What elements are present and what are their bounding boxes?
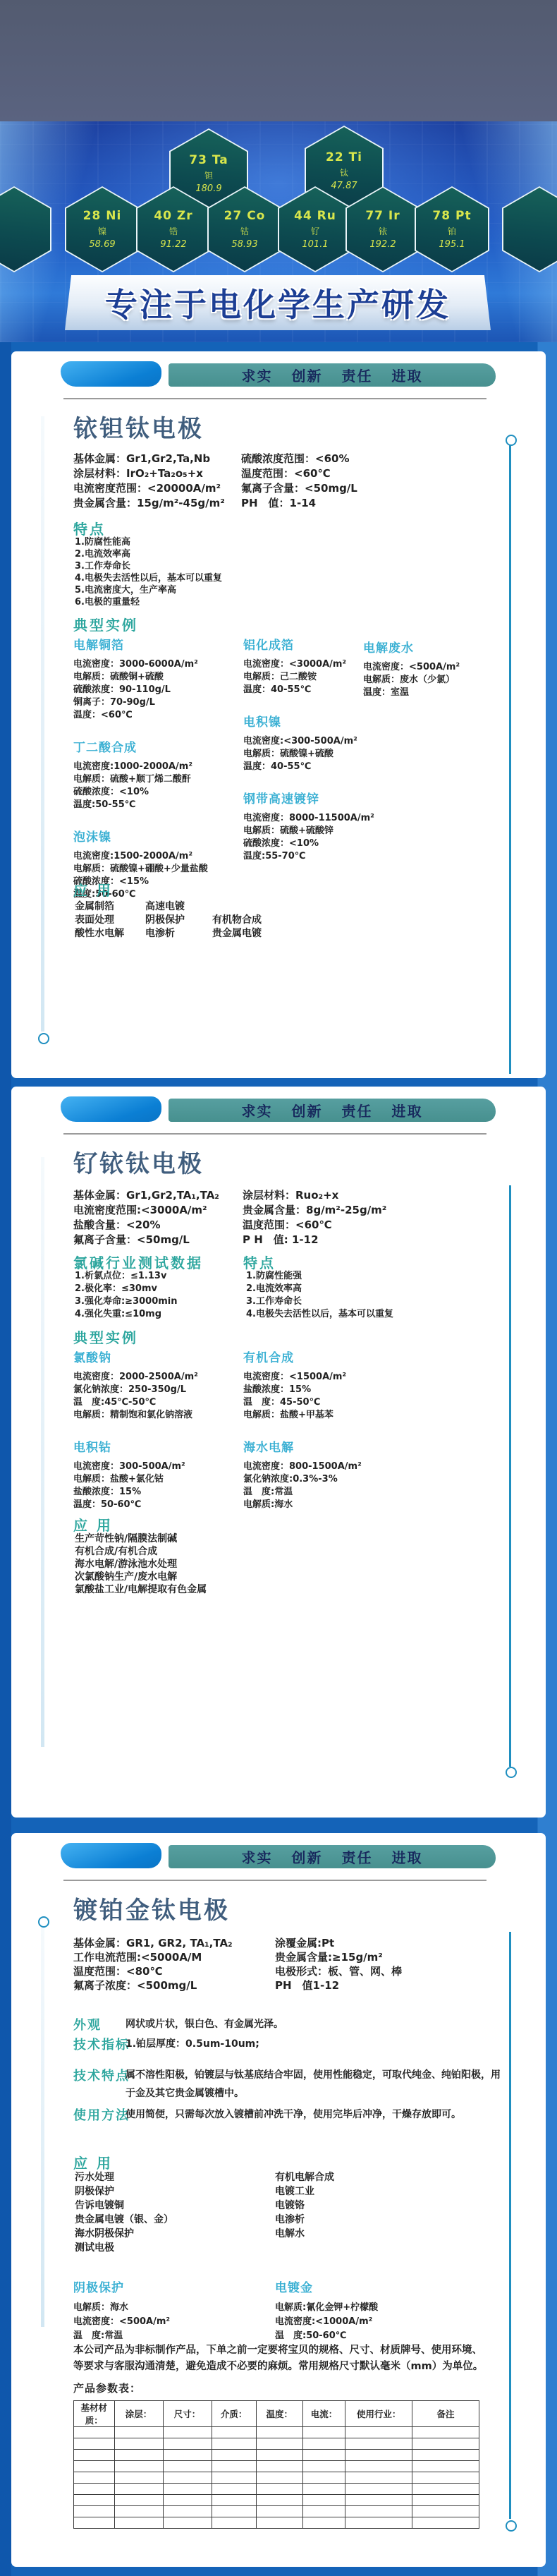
case-block: 电镀金 电解质:氰化金钾+柠檬酸 电流密度:<1000A/m² 温 度:50-6… — [275, 2278, 443, 2343]
case-title: 电解废水 — [363, 638, 504, 655]
application-item: 氯酸盐工业/电解提取有色金属 — [75, 1583, 207, 1596]
spec-line: 涂层材料：IrO₂+Ta₂o₅+x — [73, 466, 225, 481]
application-item: 电镀铬 — [275, 2199, 334, 2213]
spec-line: 氟离子含量：<50mg/L — [73, 1233, 219, 1247]
motto-item: 求实 — [242, 1846, 273, 1867]
element-mass: 180.9 — [195, 183, 221, 194]
feature-item: 2.电流效率高 — [246, 1283, 393, 1295]
timeline-line-right — [509, 1185, 511, 1767]
case-title: 丁二酸合成 — [73, 737, 241, 755]
spec-line: 电流密度范围：<20000A/m² — [73, 481, 225, 496]
element-cn-name: 钴 — [240, 225, 249, 237]
application-item: 海水阴极保护 — [75, 2227, 173, 2241]
spec-line: 温度范围：<60℃ — [241, 466, 357, 481]
features-list: 1.防腐性能强 2.电流效率高 3.工作寿命长 4.电极失去活性以后，基本可以重… — [246, 1270, 393, 1321]
element-mass: 58.93 — [231, 239, 257, 250]
applications-row: 金属制箔 高速电镀 — [75, 899, 371, 912]
spec-line: P H 值: 1-12 — [243, 1233, 386, 1247]
order-note: 本公司产品为非标制作产品，下单之前一定要将宝贝的规格、尺寸、材质牌号、使用环境、… — [73, 2342, 486, 2375]
spec-line: PH 值1-12 — [275, 1978, 402, 1993]
product-card-iridium-tantalum: 求实 创新 责任 进取 铱钽钛电极 基体金属：Gr1,Gr2,Ta,Nb 涂层材… — [11, 351, 546, 1078]
element-cn-name: 钌 — [311, 225, 319, 237]
applications-heading: 应 用 — [73, 2152, 113, 2172]
slogan-text: 专注于电化学生产研发 — [105, 279, 451, 326]
case-line: 电流密度:1000-2000A/m² — [73, 761, 241, 773]
case-line: 电解质：盐酸+甲基苯 — [243, 1409, 427, 1422]
applications-row: 表面处理 阴极保护 有机物合成 — [75, 912, 371, 926]
product-title: 镀铂金钛电极 — [73, 1891, 230, 1925]
application-item: 贵金属电镀（银、金） — [75, 2213, 173, 2227]
spec-line: PH 值：1-14 — [241, 496, 357, 511]
spec-line: 贵金属含量：15g/m²-45g/m² — [73, 496, 225, 511]
case-block: 氯酸钠 电流密度：2000-2500A/m² 氯化钠浓度：250-350g/L … — [73, 1348, 241, 1422]
specs-right: 涂层材料：Ruo₂+x 贵金属含量：8g/m²-25g/m² 温度范围：<60℃… — [243, 1188, 386, 1247]
applications-list: 生产苛性钠/隔膜法制碱 有机合成/有机合成 海水电解/游泳池水处理 次氯酸钠生产… — [75, 1532, 207, 1596]
card-header: 求实 创新 责任 进取 — [61, 361, 512, 387]
motto-item: 创新 — [292, 365, 323, 385]
params-empty-row — [74, 2427, 479, 2438]
spec-line: 工作电流范围:<5000A/M — [73, 1950, 233, 1964]
element-cn-name: 锆 — [169, 225, 178, 237]
case-line: 盐酸浓度：15% — [243, 1384, 427, 1396]
element-symbol: 77 Ir — [365, 209, 400, 223]
case-line: 电解质：废水（少氯） — [363, 674, 504, 687]
case-line: 电流密度：2000-2500A/m² — [73, 1371, 241, 1384]
feature-item: 4.电极失去活性以后，基本可以重复 — [246, 1308, 393, 1321]
motto-item: 进取 — [392, 1100, 423, 1120]
timeline-ring — [506, 435, 517, 446]
element-mass: 91.22 — [160, 239, 186, 250]
element-mass: 47.87 — [331, 181, 357, 191]
params-empty-row — [74, 2461, 479, 2472]
params-header-cell: 使用行业： — [345, 2401, 412, 2427]
case-title: 电积钴 — [73, 1437, 241, 1455]
case-line: 电流密度：8000-11500A/m² — [243, 812, 411, 825]
spec-line: 硫酸浓度范围：<60% — [241, 452, 357, 466]
application-item: 污水处理 — [75, 2170, 173, 2184]
case-line: 电流密度：<500A/m² — [363, 661, 504, 674]
feature-item: 2.电流效率高 — [75, 548, 222, 560]
spec-line: 基体金属：Gr1,Gr2,Ta,Nb — [73, 452, 225, 466]
timeline-line-right — [509, 445, 511, 1074]
specs-left: 基体金属：Gr1,Gr2,Ta,Nb 涂层材料：IrO₂+Ta₂o₅+x 电流密… — [73, 452, 225, 511]
case-title: 阴极保护 — [73, 2278, 241, 2295]
product-card-platinized-titanium: 求实 创新 责任 进取 镀铂金钛电极 基体金属：GR1, GR2, TA₁,TA… — [11, 1833, 546, 2567]
motto-bar: 求实 创新 责任 进取 — [169, 1099, 496, 1122]
feature-item: 4.电极失去活性以后，基本可以重复 — [75, 572, 222, 584]
element-symbol: 27 Co — [224, 209, 266, 223]
appearance-label: 外观 — [73, 2015, 102, 2033]
params-header-cell: 备注 — [412, 2401, 479, 2427]
case-line: 电流密度：<500A/m² — [73, 2315, 241, 2329]
case-block: 电解废水 电流密度：<500A/m² 电解质：废水（少氯） 温度：室温 — [363, 638, 504, 699]
case-block: 海水电解 电流密度：800-1500A/m² 氯化钠浓度:0.3%-3% 温 度… — [243, 1437, 427, 1511]
case-title: 海水电解 — [243, 1437, 427, 1455]
element-symbol: 78 Pt — [432, 209, 471, 223]
applications-heading: 应 用 — [73, 1514, 113, 1535]
motto-item: 责任 — [342, 365, 373, 385]
case-line: 电流密度：300-500A/m² — [73, 1461, 241, 1473]
usage-text: 使用简便，只需每次放入镀槽前冲洗干净，使用完毕后冲净，干燥存放即可。 — [126, 2105, 510, 2124]
element-mass: 101.1 — [302, 239, 328, 250]
case-line: 电解质：硫酸+顺丁烯二酸酐 — [73, 773, 241, 786]
case-block: 电积镍 电流密度:<300-500A/m² 电解质：硫酸镍+硫酸 温度：40-5… — [243, 712, 411, 773]
brand-logo-placeholder — [61, 1843, 161, 1868]
hexagon-decor-right — [502, 186, 557, 272]
feature-item: 3.工作寿命长 — [75, 560, 222, 572]
case-line: 电解质：硫酸镍+硫酸 — [243, 748, 411, 761]
case-title: 泡沫镍 — [73, 827, 241, 845]
application-item: 次氯酸钠生产/废水电解 — [75, 1571, 207, 1583]
features-list: 1.防腐性能高 2.电流效率高 3.工作寿命长 4.电极失去活性以后，基本可以重… — [75, 536, 222, 608]
cases-heading: 典型实例 — [73, 1326, 138, 1347]
application-item: 告诉电镀铜 — [75, 2199, 173, 2213]
case-line: 电流密度:<300-500A/m² — [243, 735, 411, 748]
element-symbol: 28 Ni — [83, 209, 122, 223]
motto-item: 进取 — [392, 365, 423, 385]
case-title: 钢带高速镀锌 — [243, 789, 411, 806]
cases-column-1: 氯酸钠 电流密度：2000-2500A/m² 氯化钠浓度：250-350g/L … — [73, 1348, 241, 1511]
spec-line: 涂层材料：Ruo₂+x — [243, 1188, 386, 1203]
timeline-line-left — [41, 1928, 44, 2327]
case-line: 电流密度:1500-2000A/m² — [73, 850, 241, 863]
case-line: 硫酸浓度：<10% — [243, 837, 411, 850]
header-divider — [63, 398, 486, 399]
case-line: 电解质：硫酸+硫酸锌 — [243, 825, 411, 837]
application-item: 电镀工业 — [275, 2184, 334, 2199]
params-header-cell: 尺寸： — [163, 2401, 212, 2427]
cases-heading: 典型实例 — [73, 614, 138, 634]
feature-item: 5.电流密度大，生产率高 — [75, 584, 222, 596]
spec-line: 电极形式：板、管、网、棒 — [275, 1964, 402, 1978]
cases-column-3: 电解废水 电流密度：<500A/m² 电解质：废水（少氯） 温度：室温 — [363, 638, 504, 699]
test-item: 4.强化失重:≤10mg — [75, 1308, 178, 1321]
product-detail-page: 73 Ta 钽 180.9 22 Ti 钛 47.87 28 Ni 镍 58.6… — [0, 0, 557, 2576]
case-line: 电解质：硫酸镍+硼酸+少量盐酸 — [73, 863, 241, 876]
case-line: 电解质：盐酸+氯化钴 — [73, 1473, 241, 1486]
application-item: 表面处理 — [75, 912, 145, 926]
case-line: 氯化钠浓度:0.3%-3% — [243, 1473, 427, 1486]
tech-index-label: 技术指标 — [73, 2035, 130, 2053]
motto-bar: 求实 创新 责任 进取 — [169, 1845, 496, 1868]
element-hex-pt: 78 Pt 铂 195.1 — [415, 186, 489, 272]
case-block: 电积钴 电流密度：300-500A/m² 电解质：盐酸+氯化钴 盐酸浓度：15%… — [73, 1437, 241, 1511]
case-line: 温度：50-60℃ — [73, 1499, 241, 1511]
application-item: 金属制箔 — [75, 899, 145, 912]
application-item: 测试电极 — [75, 2241, 173, 2255]
timeline-line-left — [41, 1157, 44, 1747]
motto-item: 责任 — [342, 1100, 373, 1120]
spec-line: 氟离子含量：<50mg/L — [241, 481, 357, 496]
tech-feature-text: 属不溶性阳极，铂镀层与钛基底结合牢固，使用性能稳定，可取代纯金、纯铂阳极，用于金… — [126, 2066, 510, 2103]
element-mass: 192.2 — [369, 239, 396, 250]
applications-row: 酸性水电解 电渗析 贵金属电镀 — [75, 926, 371, 939]
case-line: 电解质:氰化金钾+柠檬酸 — [275, 2301, 443, 2315]
params-header-cell: 涂层： — [114, 2401, 163, 2427]
tech-feature-label: 技术特点 — [73, 2066, 130, 2084]
case-line: 温度:55-70℃ — [243, 850, 411, 863]
cases-column-1: 电解铜箔 电流密度：3000-6000A/m² 电解质：硫酸铜+硫酸 硫酸浓度：… — [73, 635, 241, 901]
case-title: 电积镍 — [243, 712, 411, 730]
top-gray-band — [0, 0, 557, 121]
motto-item: 创新 — [292, 1846, 323, 1867]
params-table-title: 产品参数表： — [73, 2381, 141, 2395]
case-line: 温度:50-55℃ — [73, 799, 241, 811]
specs-right: 涂覆金属:Pt 贵金属含量:≥15g/m² 电极形式：板、管、网、棒 PH 值1… — [275, 1936, 402, 1993]
case-line: 电解质：海水 — [73, 2301, 241, 2315]
params-empty-row — [74, 2506, 479, 2517]
applications-right: 有机电解合成 电镀工业 电镀铬 电渗析 电解水 — [275, 2170, 334, 2241]
chlor-alkali-test-list: 1.析氯点位：≤1.13v 2.极化率：≤30mv 3.强化寿命:≥3000mi… — [75, 1270, 178, 1321]
params-empty-row — [74, 2484, 479, 2495]
case-title: 有机合成 — [243, 1348, 427, 1365]
timeline-ring — [38, 1033, 49, 1044]
motto-bar: 求实 创新 责任 进取 — [169, 363, 496, 387]
header-divider — [63, 1133, 486, 1135]
case-line: 电解质:海水 — [243, 1499, 427, 1511]
application-item: 海水电解/游泳池水处理 — [75, 1558, 207, 1571]
hero-banner: 73 Ta 钽 180.9 22 Ti 钛 47.87 28 Ni 镍 58.6… — [0, 121, 557, 342]
case-block: 有机合成 电流密度：<1500A/m² 盐酸浓度：15% 温 度：45-50℃ … — [243, 1348, 427, 1422]
header-divider — [63, 1880, 486, 1881]
case-block: 丁二酸合成 电流密度:1000-2000A/m² 电解质：硫酸+顺丁烯二酸酐 硫… — [73, 737, 241, 811]
element-symbol: 44 Ru — [294, 209, 336, 223]
features-heading: 特点 — [243, 1252, 276, 1272]
element-cn-name: 钛 — [340, 167, 348, 179]
spec-line: 电流密度范围:<3000A/m² — [73, 1203, 219, 1218]
spec-line: 基体金属：GR1, GR2, TA₁,TA₂ — [73, 1936, 233, 1950]
case-line: 温 度:45℃-50℃ — [73, 1396, 241, 1409]
product-params-table: 基材材质： 涂层： 尺寸： 介质： 温度： 电流： 使用行业： 备注 — [73, 2400, 479, 2529]
features-heading: 特点 — [73, 518, 106, 538]
params-empty-row — [74, 2517, 479, 2529]
spec-line: 涂覆金属:Pt — [275, 1936, 402, 1950]
case-line: 温 度:常温 — [243, 1486, 427, 1499]
specs-right: 硫酸浓度范围：<60% 温度范围：<60℃ 氟离子含量：<50mg/L PH 值… — [241, 452, 357, 511]
product-title: 铱钽钛电极 — [73, 409, 204, 444]
case-title: 电镀金 — [275, 2278, 443, 2295]
spec-line: 贵金属含量:≥15g/m² — [275, 1950, 402, 1964]
cases-column-1: 阴极保护 电解质：海水 电流密度：<500A/m² 温 度:常温 — [73, 2278, 241, 2343]
element-symbol: 73 Ta — [189, 153, 228, 167]
params-empty-row — [74, 2438, 479, 2450]
feature-item: 1.防腐性能强 — [246, 1270, 393, 1283]
case-line: 硫酸浓度：90-110g/L — [73, 684, 241, 696]
params-empty-row — [74, 2495, 479, 2506]
case-title: 电解铜箔 — [73, 635, 241, 653]
usage-label: 使用方法 — [73, 2105, 130, 2124]
tech-index-text: 1.铂层厚度：0.5um-10um; — [126, 2035, 510, 2053]
application-item: 生产苛性钠/隔膜法制碱 — [75, 1532, 207, 1545]
case-line: 温度：<60℃ — [73, 709, 241, 722]
specs-left: 基体金属：Gr1,Gr2,TA₁,TA₂ 电流密度范围:<3000A/m² 盐酸… — [73, 1188, 219, 1247]
spec-line: 盐酸含量：<20% — [73, 1218, 219, 1233]
timeline-line-right — [509, 1932, 511, 2519]
product-card-ruthenium-iridium: 求实 创新 责任 进取 钌铱钛电极 基体金属：Gr1,Gr2,TA₁,TA₂ 电… — [11, 1087, 546, 1818]
card-header: 求实 创新 责任 进取 — [61, 1843, 512, 1868]
spec-line: 温度范围：<60℃ — [243, 1218, 386, 1233]
timeline-ring — [506, 2520, 517, 2532]
case-line: 电流密度：800-1500A/m² — [243, 1461, 427, 1473]
element-cn-name: 铱 — [379, 225, 387, 237]
case-line: 温 度:50-60℃ — [275, 2329, 443, 2343]
case-line: 硫酸浓度：<10% — [73, 786, 241, 799]
application-item: 有机合成/有机合成 — [75, 1545, 207, 1558]
application-item: 酸性水电解 — [75, 926, 145, 939]
application-item: 阴极保护 — [75, 2184, 173, 2199]
case-line: 氯化钠浓度：250-350g/L — [73, 1384, 241, 1396]
product-title: 钌铱钛电极 — [73, 1144, 204, 1179]
params-header-cell: 温度： — [256, 2401, 302, 2427]
case-line: 电流密度：3000-6000A/m² — [73, 658, 241, 671]
application-item: 电解水 — [275, 2227, 334, 2241]
specs-left: 基体金属：GR1, GR2, TA₁,TA₂ 工作电流范围:<5000A/M 温… — [73, 1936, 233, 1993]
application-item: 有机物合成 — [212, 912, 262, 926]
feature-item: 1.防腐性能高 — [75, 536, 222, 548]
applications-heading: 应 用 — [73, 879, 113, 900]
params-empty-row — [74, 2450, 479, 2461]
appearance-text: 网状或片状，银白色、有金属光泽。 — [126, 2015, 510, 2033]
motto-item: 创新 — [292, 1100, 323, 1120]
case-line: 盐酸浓度：15% — [73, 1486, 241, 1499]
case-line: 温 度：45-50℃ — [243, 1396, 427, 1409]
element-hex-ni: 28 Ni 镍 58.69 — [65, 186, 140, 272]
application-item: 电渗析 — [145, 926, 212, 939]
case-block: 电解铜箔 电流密度：3000-6000A/m² 电解质：硫酸铜+硫酸 硫酸浓度：… — [73, 635, 241, 722]
spec-line: 贵金属含量：8g/m²-25g/m² — [243, 1203, 386, 1218]
params-header-cell: 电流： — [302, 2401, 345, 2427]
element-mass: 58.69 — [89, 239, 115, 250]
cases-column-2: 电镀金 电解质:氰化金钾+柠檬酸 电流密度:<1000A/m² 温 度:50-6… — [275, 2278, 443, 2343]
element-symbol: 40 Zr — [154, 209, 192, 223]
application-item: 高速电镀 — [145, 899, 212, 912]
params-header-cell: 介质： — [212, 2401, 256, 2427]
card-header: 求实 创新 责任 进取 — [61, 1096, 512, 1122]
motto-item: 进取 — [392, 1846, 423, 1867]
timeline-ring — [38, 1916, 49, 1928]
case-line: 温度：室温 — [363, 687, 504, 699]
spec-line: 氟离子浓度：<500mg/L — [73, 1978, 233, 1993]
feature-item: 3.工作寿命长 — [246, 1295, 393, 1308]
case-line: 电解质：硫酸铜+硫酸 — [73, 671, 241, 684]
application-item: 贵金属电镀 — [212, 926, 262, 939]
element-cn-name: 铂 — [448, 225, 456, 237]
application-item: 阴极保护 — [145, 912, 212, 926]
brand-logo-placeholder — [61, 361, 161, 387]
motto-item: 求实 — [242, 1100, 273, 1120]
spec-line: 温度范围：<80℃ — [73, 1964, 233, 1978]
element-cn-name: 钽 — [204, 169, 213, 181]
case-line: 电流密度：<1500A/m² — [243, 1371, 427, 1384]
applications-left: 污水处理 阴极保护 告诉电镀铜 贵金属电镀（银、金） 海水阴极保护 测试电极 — [75, 2170, 173, 2255]
case-line: 电解质：精制饱和氯化钠溶液 — [73, 1409, 241, 1422]
chlor-alkali-test-heading: 氯碱行业测试数据 — [73, 1252, 203, 1272]
motto-item: 责任 — [342, 1846, 373, 1867]
params-header-cell: 基材材质： — [74, 2401, 115, 2427]
test-item: 2.极化率：≤30mv — [75, 1283, 178, 1295]
params-empty-row — [74, 2472, 479, 2484]
spec-line: 基体金属：Gr1,Gr2,TA₁,TA₂ — [73, 1188, 219, 1203]
element-cn-name: 镍 — [98, 225, 106, 237]
applications-grid: 金属制箔 高速电镀 表面处理 阴极保护 有机物合成 酸性水电解 电渗析 贵金属电… — [75, 899, 371, 939]
test-item: 1.析氯点位：≤1.13v — [75, 1270, 178, 1283]
hexagon-decor-left — [0, 186, 51, 272]
test-item: 3.强化寿命:≥3000min — [75, 1295, 178, 1308]
slogan-band: 专注于电化学生产研发 — [65, 275, 491, 330]
case-line: 铜离子：70-90g/L — [73, 696, 241, 709]
element-symbol: 22 Ti — [326, 150, 362, 164]
case-block: 钢带高速镀锌 电流密度：8000-11500A/m² 电解质：硫酸+硫酸锌 硫酸… — [243, 789, 411, 863]
element-mass: 195.1 — [439, 239, 465, 250]
case-line: 温度：40-55℃ — [243, 761, 411, 773]
timeline-line-left — [41, 416, 44, 1032]
params-header-row: 基材材质： 涂层： 尺寸： 介质： 温度： 电流： 使用行业： 备注 — [74, 2401, 479, 2427]
brand-logo-placeholder — [61, 1096, 161, 1122]
case-block: 阴极保护 电解质：海水 电流密度：<500A/m² 温 度:常温 — [73, 2278, 241, 2343]
application-item: 有机电解合成 — [275, 2170, 334, 2184]
case-line: 电流密度:<1000A/m² — [275, 2315, 443, 2329]
cases-column-2: 有机合成 电流密度：<1500A/m² 盐酸浓度：15% 温 度：45-50℃ … — [243, 1348, 427, 1511]
case-line: 温 度:常温 — [73, 2329, 241, 2343]
feature-item: 6.电极的重量轻 — [75, 596, 222, 608]
motto-item: 求实 — [242, 365, 273, 385]
case-title: 氯酸钠 — [73, 1348, 241, 1365]
application-item: 电渗析 — [275, 2213, 334, 2227]
timeline-ring — [506, 1767, 517, 1778]
